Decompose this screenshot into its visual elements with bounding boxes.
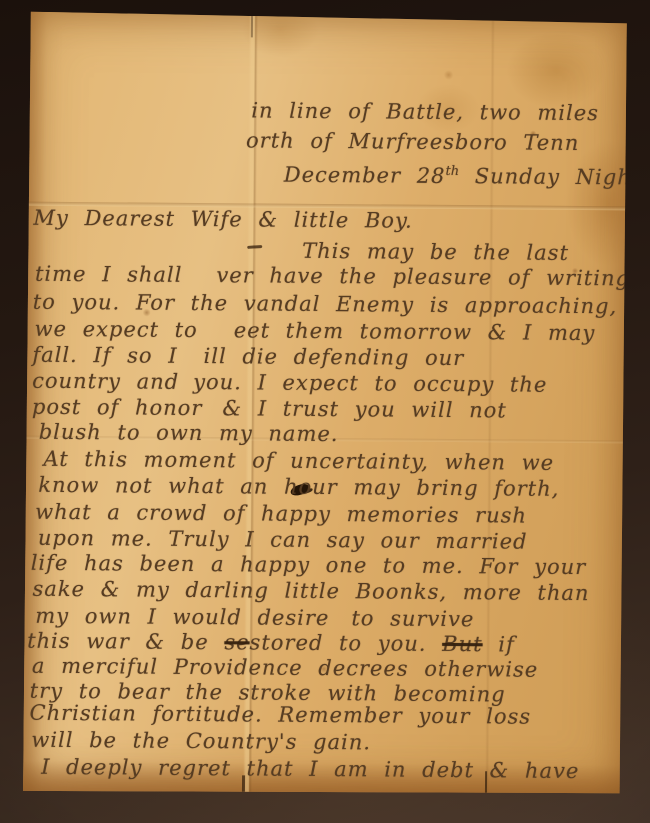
fold-gap [198,336,234,337]
pen-dash-mark [247,245,262,249]
letter-line: to you. For the vandal Enemy is approach… [33,289,618,320]
handwritten-text: I deeply regret that I am in debt & have [41,755,579,783]
letter-line: fall. If so Iill die defending our [32,342,464,371]
handwritten-text: & I trust you will not [222,396,507,422]
handwritten-text: ill die defending our [203,344,464,370]
letter-line: sake & my darling little Boonks, more th… [32,576,589,606]
handwritten-text: At this moment of uncertainty, when we [43,447,554,475]
handwritten-text: country and [32,369,179,394]
letter-line: Christian fortitude. Remember your loss [29,700,531,730]
fold-gap [178,362,204,363]
handwritten-text: Christian fortitude. Remember your loss [29,701,531,729]
handwritten-text: life has been a happy one to me. For you… [31,551,587,579]
handwritten-text: sake & my darling little Boonks, more th… [32,577,589,605]
handwritten-text: orth of Murfreesboro Tenn [246,128,579,155]
handwritten-text: blush to own my name. [39,420,339,446]
handwritten-text: to survive [351,606,474,631]
handwritten-text: eet them tomorrow & I may [234,318,596,345]
handwritten-text: this war & be [27,629,224,655]
handwritten-text: what a crowd of happy memories rush [35,500,527,528]
handwritten-text: fall. If so I [32,343,177,368]
letter-photograph: in line of Battle, two milesorth of Murf… [0,0,650,823]
handwritten-text: This may be the last [302,239,569,265]
letter-line: I deeply regret that I am in debt & have [41,754,579,784]
letter-line: This may be the last [302,238,569,266]
handwritten-text: you. I expect to occupy the [193,370,547,397]
handwritten-text: December 28 [284,163,446,188]
struck-word: se [224,630,249,654]
letter-line: My Dearest Wife & little Boy. [33,205,413,234]
letter-line: orth of Murfreesboro Tenn [246,127,579,156]
struck-word: But [442,632,483,656]
letter-line: country andyou. I expect to occupy the [32,368,547,398]
handwritten-text: post of honor [32,395,203,420]
handwritten-text: in line of Battle, two miles [251,98,599,125]
handwritten-text: stored to you. [250,630,443,656]
handwritten-text: My Dearest Wife & little Boy. [33,206,413,233]
letter-line: blush to own my name. [39,419,339,447]
handwritten-text: know not what an hour may bring forth, [38,473,559,501]
handwritten-text: if [483,632,515,656]
letter-line: in line of Battle, two miles [251,97,599,126]
fold-gap [329,624,351,625]
letter-line: time I shallver have the pleasure of wri… [35,261,630,292]
top-edge-fold-mark [251,13,253,37]
fold-gap [182,281,216,282]
letter-line: know not what an hour may bring forth, [38,472,559,502]
letter-line: At this moment of uncertainty, when we [43,446,554,476]
fold-gap [179,388,193,389]
letter-line: what a crowd of happy memories rush [35,499,527,529]
handwritten-text: time I shall [35,262,183,287]
handwritten-text: to you. For the vandal Enemy is approach… [33,290,618,319]
handwritten-text: Sunday Night 1862 [459,164,650,190]
letter-paper: in line of Battle, two milesorth of Murf… [23,12,628,797]
letter-line: December 28th Sunday Night 1862 [284,158,650,191]
letter-line: will be the Country's gain. [31,727,371,756]
fold-gap [202,414,222,415]
superscript-text: th [445,164,459,179]
handwritten-text: we expect to [34,317,197,342]
handwritten-text: ver have the pleasure of writing [216,263,630,290]
handwritten-text: will be the Country's gain. [31,728,371,755]
handwritten-text: my own I would desire [35,604,329,630]
